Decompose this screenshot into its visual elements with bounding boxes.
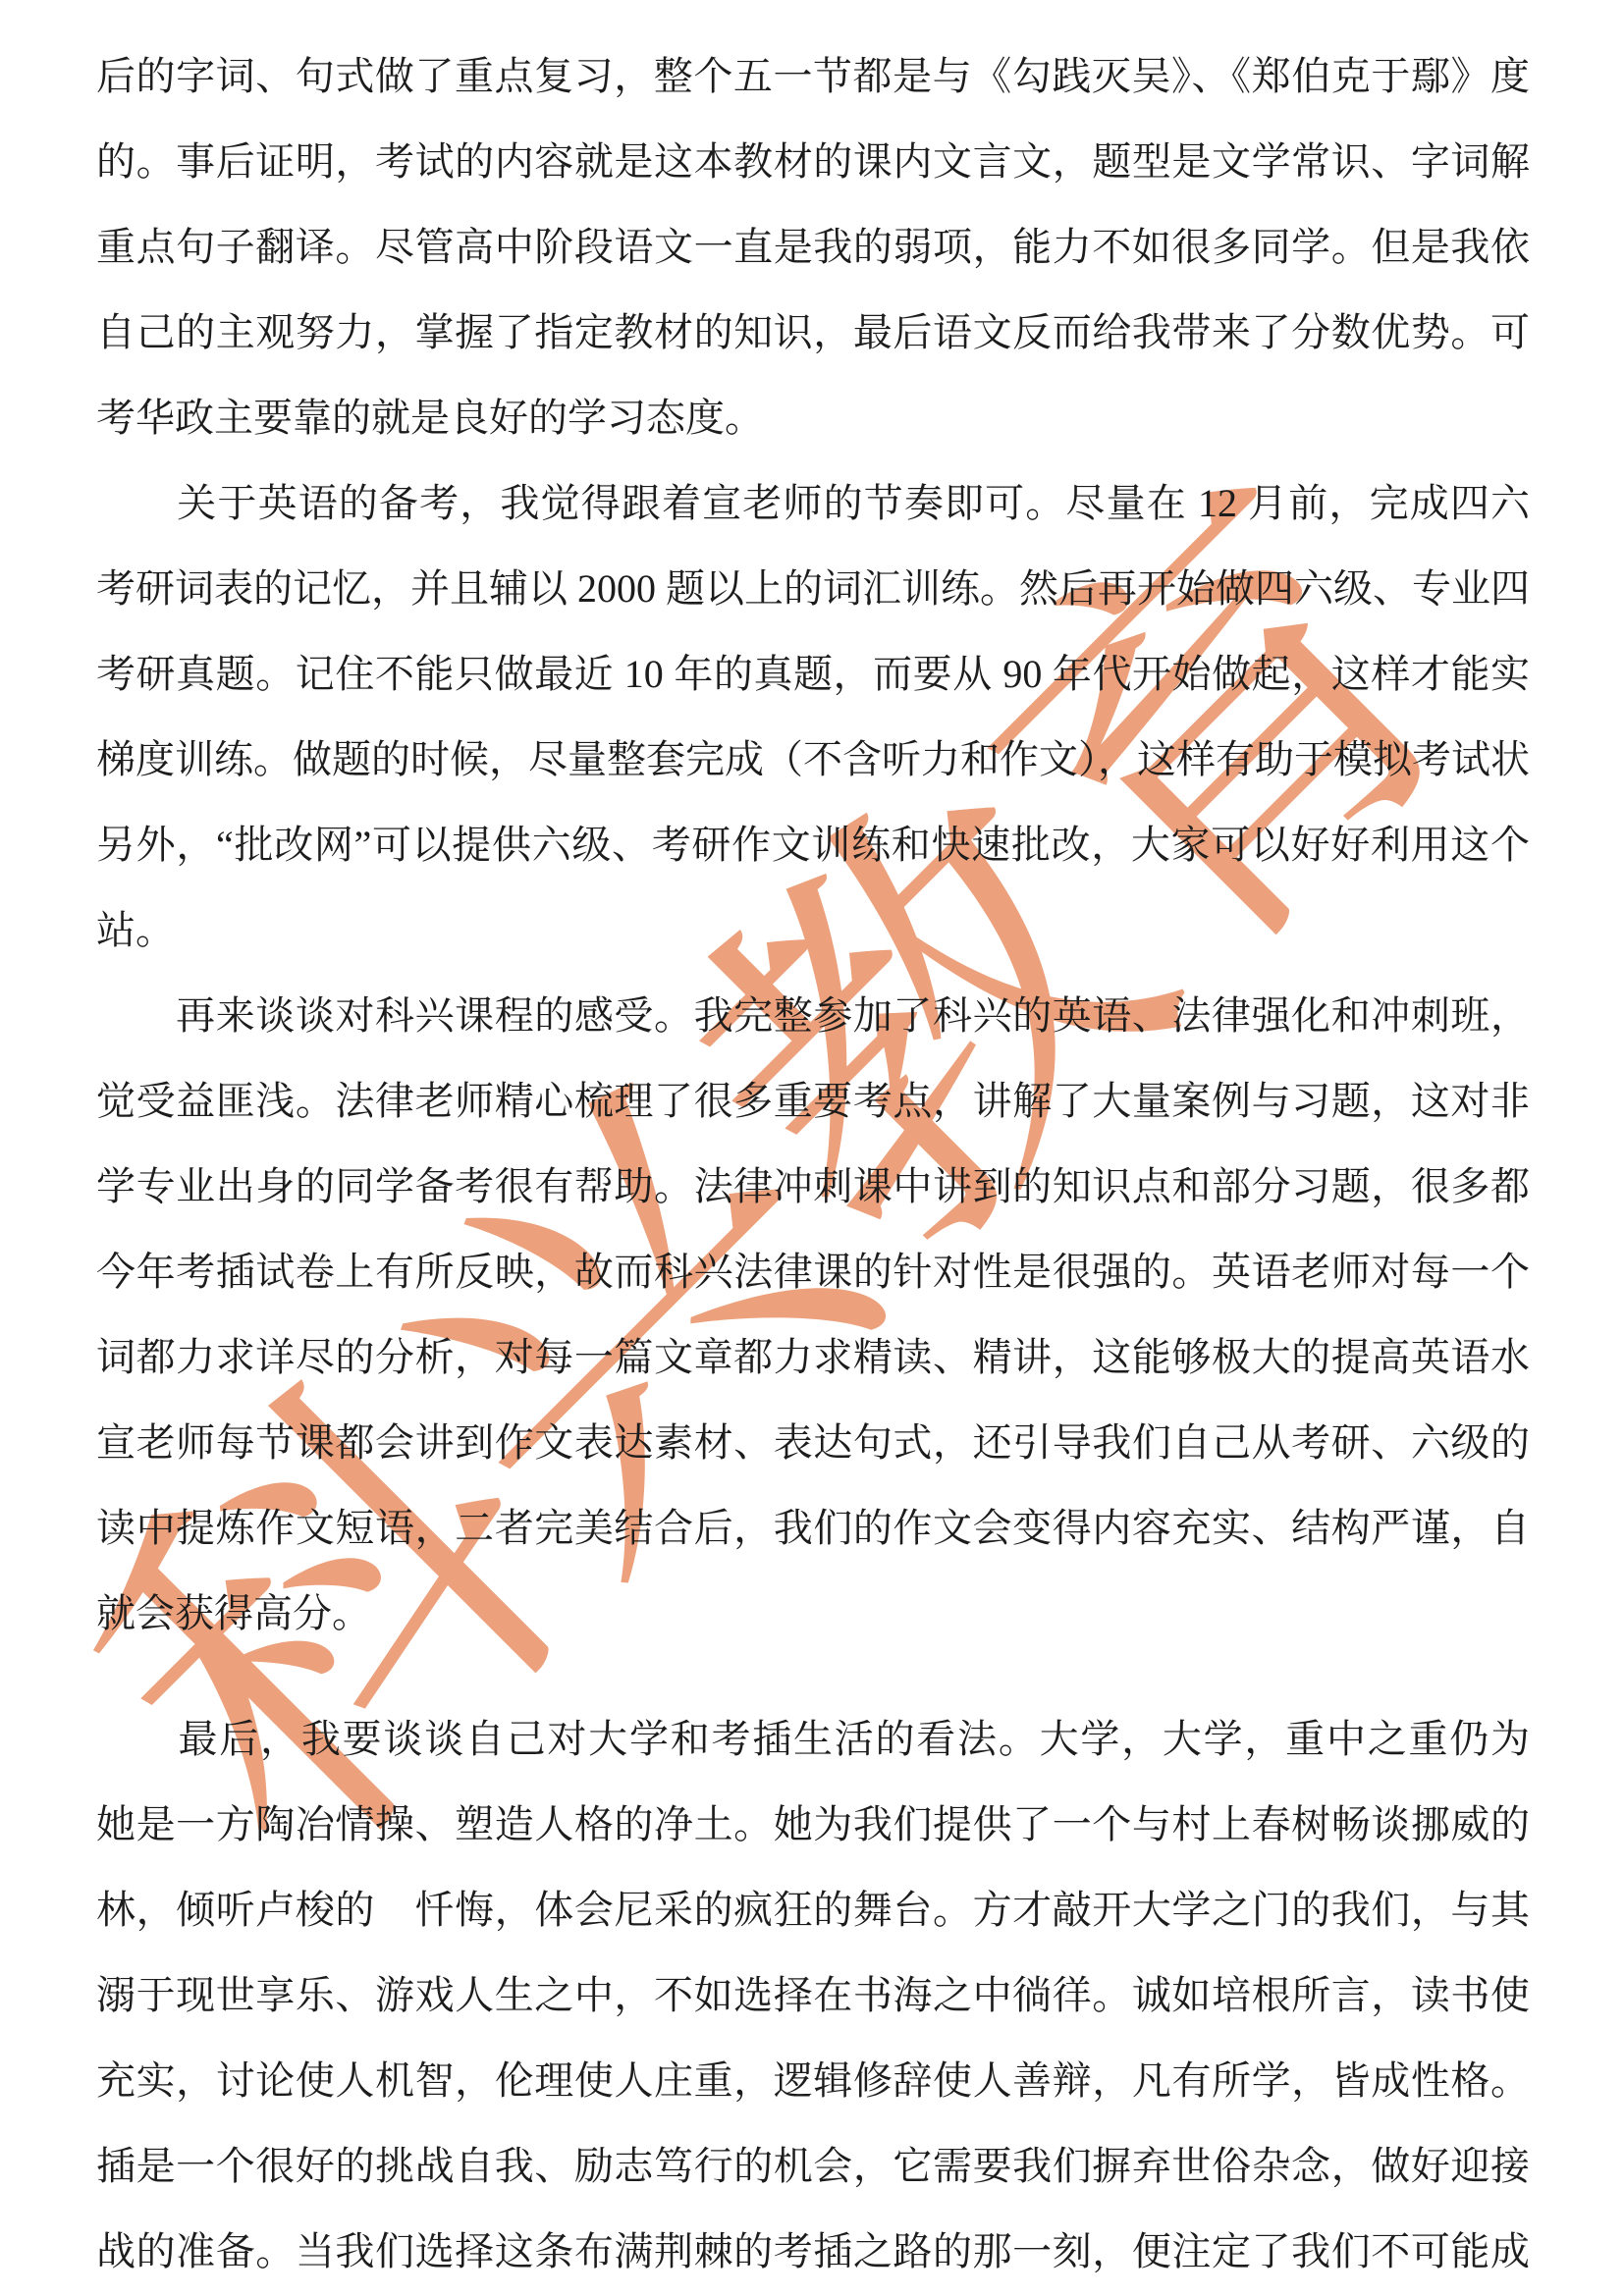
text-line: 战的准备。当我们选择这条布满荆棘的考插之路的那一刻，便注定了我们不可能成为 [96, 2209, 1530, 2294]
text-line: 宣老师每节课都会讲到作文表达素材、表达句式，还引导我们自己从考研、六级的阅 [96, 1400, 1530, 1485]
text-line: 林，倾听卢梭的 忏悔，体会尼采的疯狂的舞台。方才敲开大学之门的我们，与其沉 [96, 1867, 1530, 1952]
text-line: 词都力求详尽的分析，对每一篇文章都力求精读、精讲，这能够极大的提高英语水平。 [96, 1314, 1530, 1400]
text-line: 自己的主观努力，掌握了指定教材的知识，最后语文反而给我带来了分数优势。可见 [96, 290, 1530, 375]
document-body: 后的字词、句式做了重点复习，整个五一节都是与《勾践灭吴》、《郑伯克于鄢》度过的。… [96, 33, 1530, 2294]
text-line: 考研真题。记住不能只做最近 10 年的真题，而要从 90 年代开始做起，这样才能… [96, 631, 1530, 717]
text-line: 考研词表的记忆，并且辅以 2000 题以上的词汇训练。然后再开始做四六级、专业四… [96, 546, 1530, 631]
text-line: 最后，我要谈谈自己对大学和考插生活的看法。大学，大学，重中之重仍为学。 [96, 1696, 1530, 1782]
text-line: 今年考插试卷上有所反映，故而科兴法律课的针对性是很强的。英语老师对每一个单 [96, 1229, 1530, 1314]
text-line: 插是一个很好的挑战自我、励志笃行的机会，它需要我们摒弃世俗杂念，做好迎接挑 [96, 2123, 1530, 2209]
text-line: 的。事后证明，考试的内容就是这本教材的课内文言文，题型是文学常识、字词解释、 [96, 119, 1530, 204]
text-line: 学专业出身的同学备考很有帮助。法律冲刺课中讲到的知识点和部分习题，很多都在 [96, 1144, 1530, 1229]
text-line: 另外，“批改网”可以提供六级、考研作文训练和快速批改，大家可以好好利用这个网 [96, 802, 1530, 887]
text-line: 她是一方陶冶情操、塑造人格的净土。她为我们提供了一个与村上春树畅谈挪威的森 [96, 1782, 1530, 1867]
text-line: 溺于现世享乐、游戏人生之中，不如选择在书海之中徜徉。诚如培根所言，读书使人 [96, 1952, 1530, 2038]
text-line: 关于英语的备考，我觉得跟着宣老师的节奏即可。尽量在 12 月前，完成四六级、 [96, 460, 1530, 546]
text-line: 站。 [96, 887, 1530, 973]
text-line: 觉受益匪浅。法律老师精心梳理了很多重要考点，讲解了大量案例与习题，这对非法 [96, 1058, 1530, 1144]
text-line: 后的字词、句式做了重点复习，整个五一节都是与《勾践灭吴》、《郑伯克于鄢》度过 [96, 33, 1530, 119]
text-line: 梯度训练。做题的时候，尽量整套完成（不含听力和作文），这样有助于模拟考试状态。 [96, 717, 1530, 802]
text-line: 就会获得高分。 [96, 1571, 1530, 1656]
text-line: 重点句子翻译。尽管高中阶段语文一直是我的弱项，能力不如很多同学。但是我依靠 [96, 204, 1530, 290]
text-line: 读中提炼作文短语，二者完美结合后，我们的作文会变得内容充实、结构严谨，自然 [96, 1485, 1530, 1571]
text-line: 再来谈谈对科兴课程的感受。我完整参加了科兴的英语、法律强化和冲刺班，感 [96, 973, 1530, 1058]
text-line: 考华政主要靠的就是良好的学习态度。 [96, 375, 1530, 460]
document-page: 科兴教育 后的字词、句式做了重点复习，整个五一节都是与《勾践灭吴》、《郑伯克于鄢… [0, 0, 1624, 2296]
text-line: 充实，讨论使人机智，伦理使人庄重，逻辑修辞使人善辩，凡有所学，皆成性格。考 [96, 2038, 1530, 2123]
